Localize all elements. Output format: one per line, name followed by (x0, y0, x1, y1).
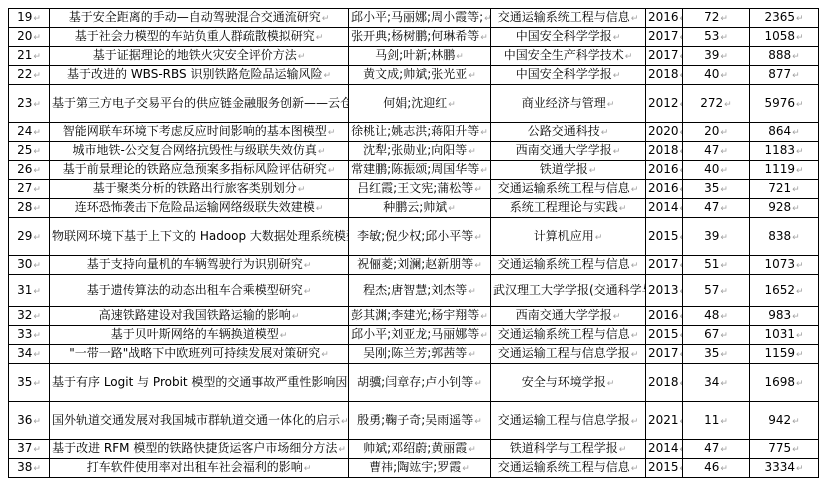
paragraph-mark-icon: ↵ (631, 417, 639, 427)
authors-cell[interactable]: 沈犁;张勋业;向阳等↵ (349, 142, 491, 161)
paragraph-mark-icon: ↵ (280, 331, 288, 341)
article-title: 基于证据理论的地铁火灾安全评价方法 (93, 48, 297, 62)
downloads-cell[interactable]: 942↵ (750, 402, 819, 440)
row-number: 29 (17, 229, 32, 243)
year-cell[interactable]: 2015↵ (646, 326, 683, 345)
row-number-cell[interactable]: 22↵ (9, 66, 50, 85)
download-count: 942 (768, 413, 791, 427)
journal-name: 安全与环境学报 (522, 375, 606, 389)
row-number-cell[interactable]: 19↵ (9, 9, 50, 28)
downloads-cell[interactable]: 1183↵ (750, 142, 819, 161)
journal-cell[interactable]: 中国安全科学学报↵ (491, 28, 646, 47)
references-count: 72 (704, 10, 719, 24)
year-cell[interactable]: 2018↵ (646, 142, 683, 161)
references-count-cell[interactable]: 53↵ (683, 28, 750, 47)
row-number-cell[interactable]: 30↵ (9, 256, 50, 275)
title-cell[interactable]: 智能网联车环境下考虑反应时间影响的基本图模型↵ (50, 123, 349, 142)
journal-cell[interactable]: 武汉理工大学学报(交通科学与工程版)↵ (491, 275, 646, 307)
title-cell[interactable]: 基于社会力模型的车站负重人群疏散模拟研究↵ (50, 28, 349, 47)
row-number-cell[interactable]: 34↵ (9, 345, 50, 364)
journal-cell[interactable]: 中国安全科学学报↵ (491, 66, 646, 85)
publication-year: 2017 (648, 29, 679, 43)
year-cell[interactable]: 2015↵ (646, 459, 683, 478)
references-count-cell[interactable]: 39↵ (683, 47, 750, 66)
journal-cell[interactable]: 铁道学报↵ (491, 161, 646, 180)
row-number-cell[interactable]: 29↵ (9, 218, 50, 256)
year-cell[interactable]: 2014↵ (646, 440, 683, 459)
paragraph-mark-icon: ↵ (796, 166, 804, 176)
publication-year: 2012 (648, 96, 679, 110)
paragraph-mark-icon: ↵ (304, 261, 312, 271)
article-title: 高速铁路建设对我国铁路运输的影响 (99, 308, 291, 322)
paragraph-mark-icon: ↵ (462, 464, 470, 474)
paragraph-mark-icon: ↵ (480, 331, 488, 341)
authors-cell[interactable]: 何娟;沈迎红↵ (349, 85, 491, 123)
downloads-cell[interactable]: 1031↵ (750, 326, 819, 345)
row-number-cell[interactable]: 27↵ (9, 180, 50, 199)
authors-cell[interactable]: 张开典;杨树鹏;何琳希等↵ (349, 28, 491, 47)
article-authors: 马剑;叶新;林鹏 (375, 48, 455, 62)
row-number-cell[interactable]: 28↵ (9, 199, 50, 218)
references-count-cell[interactable]: 57↵ (683, 275, 750, 307)
paragraph-mark-icon: ↵ (316, 204, 324, 214)
paragraph-mark-icon: ↵ (468, 71, 476, 81)
year-cell[interactable]: 2021↵ (646, 402, 683, 440)
paragraph-mark-icon: ↵ (33, 52, 41, 62)
article-authors: 邱小平;刘亚龙;马丽娜等 (351, 327, 479, 341)
article-title: 基于安全距离的手动—自动驾驶混合交通流研究 (69, 10, 321, 24)
downloads-cell[interactable]: 1159↵ (750, 345, 819, 364)
authors-cell[interactable]: 邱小平;刘亚龙;马丽娜等↵ (349, 326, 491, 345)
authors-cell[interactable]: 殷勇;鞠子奇;吴雨遥等↵ (349, 402, 491, 440)
year-cell[interactable]: 2017↵ (646, 47, 683, 66)
paragraph-mark-icon: ↵ (720, 417, 728, 427)
journal-cell[interactable]: 交通运输系统工程与信息↵ (491, 180, 646, 199)
year-cell[interactable]: 2017↵ (646, 256, 683, 275)
publication-year: 2018 (648, 67, 679, 81)
row-number: 26 (17, 162, 32, 176)
table-row: 26↵ 基于前景理论的铁路应急预案多指标风险评估研究↵ 常建鹏;陈振颂;周国华等… (9, 161, 819, 180)
downloads-cell[interactable]: 1698↵ (750, 364, 819, 402)
journal-cell[interactable]: 公路交通科技↵ (491, 123, 646, 142)
year-cell[interactable]: 2018↵ (646, 66, 683, 85)
title-cell[interactable]: 基于安全距离的手动—自动驾驶混合交通流研究↵ (50, 9, 349, 28)
table-row: 34↵ "一带一路"战略下中欧班列可持续发展对策研究↵ 吴刚;陈兰芳;郭茜等↵ … (9, 345, 819, 364)
paragraph-mark-icon: ↵ (298, 52, 306, 62)
references-count-cell[interactable]: 47↵ (683, 199, 750, 218)
row-number-cell[interactable]: 35↵ (9, 364, 50, 402)
downloads-cell[interactable]: 838↵ (750, 218, 819, 256)
title-cell[interactable]: "一带一路"战略下中欧班列可持续发展对策研究↵ (50, 345, 349, 364)
title-cell[interactable]: 基于支持向量机的车辆驾驶行为识别研究↵ (50, 256, 349, 275)
paragraph-mark-icon: ↵ (613, 147, 621, 157)
publication-year: 2016 (648, 181, 679, 195)
journal-name: 交通运输系统工程与信息 (498, 460, 630, 474)
authors-cell[interactable]: 黄文成;帅斌;张光亚↵ (349, 66, 491, 85)
paragraph-mark-icon: ↵ (720, 233, 728, 243)
article-authors: 殷勇;鞠子奇;吴雨遥等 (357, 413, 473, 427)
references-count: 67 (704, 327, 719, 341)
title-cell[interactable]: 基于第三方电子交易平台的供应链金融服务创新——云仓及其运作模式初探↵ (50, 85, 349, 123)
journal-cell[interactable]: 交通运输系统工程与信息↵ (491, 256, 646, 275)
paragraph-mark-icon: ↵ (474, 233, 482, 243)
journal-name: 西南交通大学学报 (516, 143, 612, 157)
row-number: 19 (17, 10, 32, 24)
paragraph-mark-icon: ↵ (720, 52, 728, 62)
paragraph-mark-icon: ↵ (480, 166, 488, 176)
article-authors: 种鹏云;帅斌 (383, 200, 447, 214)
article-title: 基于改进 RFM 模型的铁路快捷货运客户市场细分方法 (52, 441, 337, 455)
authors-cell[interactable]: 彭其渊;李建光;杨宇翔等↵ (349, 307, 491, 326)
paragraph-mark-icon: ↵ (792, 71, 800, 81)
journal-cell[interactable]: 铁道科学与工程学报↵ (491, 440, 646, 459)
paragraph-mark-icon: ↵ (468, 147, 476, 157)
downloads-cell[interactable]: 983↵ (750, 307, 819, 326)
paragraph-mark-icon: ↵ (720, 331, 728, 341)
journal-name: 铁道科学与工程学报 (510, 441, 618, 455)
table-row: 23↵ 基于第三方电子交易平台的供应链金融服务创新——云仓及其运作模式初探↵ 何… (9, 85, 819, 123)
row-number-cell[interactable]: 25↵ (9, 142, 50, 161)
year-cell[interactable]: 2015↵ (646, 218, 683, 256)
title-cell[interactable]: 国外轨道交通发展对我国城市群轨道交通一体化的启示↵ (50, 402, 349, 440)
paragraph-mark-icon: ↵ (792, 233, 800, 243)
row-number-cell[interactable]: 23↵ (9, 85, 50, 123)
downloads-cell[interactable]: 1058↵ (750, 28, 819, 47)
table-row: 28↵ 连环恐怖袭击下危险品运输网络级联失效建模↵ 种鹏云;帅斌↵ 系统工程理论… (9, 199, 819, 218)
journal-cell[interactable]: 计算机应用↵ (491, 218, 646, 256)
downloads-cell[interactable]: 1119↵ (750, 161, 819, 180)
paragraph-mark-icon: ↵ (625, 52, 633, 62)
year-cell[interactable]: 2016↵ (646, 9, 683, 28)
journal-cell[interactable]: 交通运输工程与信息学报↵ (491, 402, 646, 440)
journal-cell[interactable]: 交通运输系统工程与信息↵ (491, 326, 646, 345)
journal-cell[interactable]: 系统工程理论与实践↵ (491, 199, 646, 218)
title-cell[interactable]: 基于改进 RFM 模型的铁路快捷货运客户市场细分方法↵ (50, 440, 349, 459)
downloads-cell[interactable]: 877↵ (750, 66, 819, 85)
authors-cell[interactable]: 胡骥;闫章存;卢小钊等↵ (349, 364, 491, 402)
references-count-cell[interactable]: 35↵ (683, 345, 750, 364)
paragraph-mark-icon: ↵ (720, 33, 728, 43)
paragraph-mark-icon: ↵ (33, 350, 41, 360)
row-number-cell[interactable]: 21↵ (9, 47, 50, 66)
authors-cell[interactable]: 曹祎;陶竑宇;罗霞↵ (349, 459, 491, 478)
paragraph-mark-icon: ↵ (631, 464, 639, 474)
article-authors: 帅斌;邓绍蔚;黄丽霞 (363, 441, 467, 455)
row-number-cell[interactable]: 26↵ (9, 161, 50, 180)
paragraph-mark-icon: ↵ (720, 128, 728, 138)
year-cell[interactable]: 2018↵ (646, 364, 683, 402)
paragraph-mark-icon: ↵ (619, 204, 627, 214)
paragraph-mark-icon: ↵ (720, 287, 728, 297)
row-number: 30 (17, 257, 32, 271)
year-cell[interactable]: 2020↵ (646, 123, 683, 142)
title-cell[interactable]: 高速铁路建设对我国铁路运输的影响↵ (50, 307, 349, 326)
download-count: 721 (768, 181, 791, 195)
references-count: 40 (704, 162, 719, 176)
article-title: 基于改进的 WBS-RBS 识别铁路危险品运输风险 (67, 67, 322, 81)
paragraph-mark-icon: ↵ (720, 147, 728, 157)
references-count: 47 (704, 200, 719, 214)
row-number: 21 (17, 48, 32, 62)
title-cell[interactable]: 基于证据理论的地铁火灾安全评价方法↵ (50, 47, 349, 66)
row-number: 35 (17, 375, 32, 389)
journal-cell[interactable]: 交通运输工程与信息学报↵ (491, 345, 646, 364)
paragraph-mark-icon: ↵ (792, 128, 800, 138)
download-count: 1119 (764, 162, 795, 176)
row-number-cell[interactable]: 31↵ (9, 275, 50, 307)
paragraph-mark-icon: ↵ (318, 147, 326, 157)
table-row: 36↵ 国外轨道交通发展对我国城市群轨道交通一体化的启示↵ 殷勇;鞠子奇;吴雨遥… (9, 402, 819, 440)
paragraph-mark-icon: ↵ (328, 166, 336, 176)
title-cell[interactable]: 基于贝叶斯网络的车辆换道模型↵ (50, 326, 349, 345)
paragraph-mark-icon: ↵ (720, 445, 728, 455)
title-cell[interactable]: 打车软件使用率对出租车社会福利的影响↵ (50, 459, 349, 478)
paragraph-mark-icon: ↵ (448, 100, 456, 110)
article-title: 打车软件使用率对出租车社会福利的影响 (87, 460, 303, 474)
references-count-cell[interactable]: 11↵ (683, 402, 750, 440)
references-count-cell[interactable]: 48↵ (683, 307, 750, 326)
authors-cell[interactable]: 马剑;叶新;林鹏↵ (349, 47, 491, 66)
row-number-cell[interactable]: 20↵ (9, 28, 50, 47)
table-row: 38↵ 打车软件使用率对出租车社会福利的影响↵ 曹祎;陶竑宇;罗霞↵ 交通运输系… (9, 459, 819, 478)
row-number: 25 (17, 143, 32, 157)
download-count: 775 (768, 441, 791, 455)
download-count: 1058 (764, 29, 795, 43)
references-count-cell[interactable]: 46↵ (683, 459, 750, 478)
paragraph-mark-icon: ↵ (631, 261, 639, 271)
year-cell[interactable]: 2016↵ (646, 161, 683, 180)
paragraph-mark-icon: ↵ (589, 166, 597, 176)
paragraph-mark-icon: ↵ (33, 204, 41, 214)
references-count-cell[interactable]: 39↵ (683, 218, 750, 256)
journal-cell[interactable]: 商业经济与管理↵ (491, 85, 646, 123)
journal-cell[interactable]: 交通运输系统工程与信息↵ (491, 459, 646, 478)
authors-cell[interactable]: 常建鹏;陈振颂;周国华等↵ (349, 161, 491, 180)
title-cell[interactable]: 城市地铁-公交复合网络抗毁性与级联失效仿真↵ (50, 142, 349, 161)
publication-year: 2016 (648, 162, 679, 176)
references-count-cell[interactable]: 35↵ (683, 180, 750, 199)
references-count-cell[interactable]: 47↵ (683, 440, 750, 459)
paragraph-mark-icon: ↵ (474, 185, 482, 195)
authors-cell[interactable]: 李敏;倪少权;邱小平等↵ (349, 218, 491, 256)
paragraph-mark-icon: ↵ (33, 331, 41, 341)
article-title: 基于第三方电子交易平台的供应链金融服务创新——云仓及其运作模式初探 (52, 96, 349, 110)
references-count-cell[interactable]: 34↵ (683, 364, 750, 402)
references-count: 51 (704, 257, 719, 271)
authors-cell[interactable]: 祝俪菱;刘澜;赵新朋等↵ (349, 256, 491, 275)
paragraph-mark-icon: ↵ (484, 14, 490, 24)
references-count: 39 (704, 229, 719, 243)
paragraph-mark-icon: ↵ (474, 261, 482, 271)
paragraph-mark-icon: ↵ (607, 379, 615, 389)
paragraph-mark-icon: ↵ (796, 379, 804, 389)
download-count: 1698 (764, 375, 795, 389)
article-title: 基于有序 Logit 与 Probit 模型的交通事故严重性影响因素分析 (52, 375, 349, 389)
references-count: 39 (704, 48, 719, 62)
table-row: 25↵ 城市地铁-公交复合网络抗毁性与级联失效仿真↵ 沈犁;张勋业;向阳等↵ 西… (9, 142, 819, 161)
references-table: 19↵ 基于安全距离的手动—自动驾驶混合交通流研究↵ 邱小平;马丽娜;周小霞等;… (8, 8, 819, 478)
references-count: 47 (704, 143, 719, 157)
row-number: 20 (17, 29, 32, 43)
journal-cell[interactable]: 安全与环境学报↵ (491, 364, 646, 402)
title-cell[interactable]: 连环恐怖袭击下危险品运输网络级联失效建模↵ (50, 199, 349, 218)
references-count: 35 (704, 346, 719, 360)
row-number-cell[interactable]: 32↵ (9, 307, 50, 326)
table-row: 35↵ 基于有序 Logit 与 Probit 模型的交通事故严重性影响因素分析… (9, 364, 819, 402)
table-row: 37↵ 基于改进 RFM 模型的铁路快捷货运客户市场细分方法↵ 帅斌;邓绍蔚;黄… (9, 440, 819, 459)
year-cell[interactable]: 2016↵ (646, 307, 683, 326)
row-number-cell[interactable]: 37↵ (9, 440, 50, 459)
title-cell[interactable]: 物联网环境下基于上下文的 Hadoop 大数据处理系统模型↵ (50, 218, 349, 256)
paragraph-mark-icon: ↵ (724, 100, 732, 110)
table-row: 21↵ 基于证据理论的地铁火灾安全评价方法↵ 马剑;叶新;林鹏↵ 中国安全生产科… (9, 47, 819, 66)
references-count: 47 (704, 441, 719, 455)
paragraph-mark-icon: ↵ (796, 350, 804, 360)
paragraph-mark-icon: ↵ (33, 128, 41, 138)
article-title: 城市地铁-公交复合网络抗毁性与级联失效仿真 (73, 143, 317, 157)
year-cell[interactable]: 2017↵ (646, 345, 683, 364)
table-row: 27↵ 基于聚类分析的铁路出行旅客类别划分↵ 吕红霞;王文宪;蒲松等↵ 交通运输… (9, 180, 819, 199)
journal-name: 中国安全生产科学技术 (504, 48, 624, 62)
download-count: 983 (768, 308, 791, 322)
paragraph-mark-icon: ↵ (33, 312, 41, 322)
article-title: 物联网环境下基于上下文的 Hadoop 大数据处理系统模型 (52, 229, 349, 243)
authors-cell[interactable]: 徐桃让;姚志洪;蒋阳升等↵ (349, 123, 491, 142)
paragraph-mark-icon: ↵ (792, 52, 800, 62)
article-authors: 徐桃让;姚志洪;蒋阳升等 (351, 124, 479, 138)
downloads-cell[interactable]: 1652↵ (750, 275, 819, 307)
journal-cell[interactable]: 交通运输系统工程与信息↵ (491, 9, 646, 28)
paragraph-mark-icon: ↵ (304, 287, 312, 297)
authors-cell[interactable]: 邱小平;马丽娜;周小霞等;↵ (349, 9, 491, 28)
paragraph-mark-icon: ↵ (474, 379, 482, 389)
paragraph-mark-icon: ↵ (613, 312, 621, 322)
publication-year: 2016 (648, 10, 679, 24)
publication-year: 2018 (648, 375, 679, 389)
references-count-cell[interactable]: 272↵ (683, 85, 750, 123)
paragraph-mark-icon: ↵ (304, 464, 312, 474)
paragraph-mark-icon: ↵ (613, 71, 621, 81)
title-cell[interactable]: 基于聚类分析的铁路出行旅客类别划分↵ (50, 180, 349, 199)
references-count-cell[interactable]: 40↵ (683, 161, 750, 180)
downloads-cell[interactable]: 864↵ (750, 123, 819, 142)
references-count: 11 (704, 413, 719, 427)
paragraph-mark-icon: ↵ (796, 287, 804, 297)
download-count: 864 (768, 124, 791, 138)
article-authors: 李敏;倪少权;邱小平等 (357, 229, 473, 243)
paragraph-mark-icon: ↵ (796, 261, 804, 271)
paragraph-mark-icon: ↵ (33, 233, 41, 243)
paragraph-mark-icon: ↵ (796, 464, 804, 474)
references-count-cell[interactable]: 40↵ (683, 66, 750, 85)
references-count-cell[interactable]: 51↵ (683, 256, 750, 275)
article-title: 连环恐怖袭击下危险品运输网络级联失效建模 (75, 200, 315, 214)
references-count: 48 (704, 308, 719, 322)
downloads-cell[interactable]: 2365↵ (750, 9, 819, 28)
publication-year: 2013 (648, 283, 679, 297)
journal-cell[interactable]: 中国安全生产科学技术↵ (491, 47, 646, 66)
download-count: 877 (768, 67, 791, 81)
paragraph-mark-icon: ↵ (631, 331, 639, 341)
row-number-cell[interactable]: 38↵ (9, 459, 50, 478)
downloads-cell[interactable]: 721↵ (750, 180, 819, 199)
paragraph-mark-icon: ↵ (720, 312, 728, 322)
year-cell[interactable]: 2014↵ (646, 199, 683, 218)
paragraph-mark-icon: ↵ (720, 14, 728, 24)
row-number-cell[interactable]: 24↵ (9, 123, 50, 142)
title-cell[interactable]: 基于改进的 WBS-RBS 识别铁路危险品运输风险↵ (50, 66, 349, 85)
paragraph-mark-icon: ↵ (33, 100, 41, 110)
downloads-cell[interactable]: 888↵ (750, 47, 819, 66)
references-count-cell[interactable]: 67↵ (683, 326, 750, 345)
row-number: 34 (17, 346, 32, 360)
title-cell[interactable]: 基于遗传算法的动态出租车合乘模型研究↵ (50, 275, 349, 307)
journal-name: 武汉理工大学学报(交通科学与工程版) (493, 283, 646, 297)
paragraph-mark-icon: ↵ (448, 204, 456, 214)
authors-cell[interactable]: 种鹏云;帅斌↵ (349, 199, 491, 218)
table-row: 22↵ 基于改进的 WBS-RBS 识别铁路危险品运输风险↵ 黄文成;帅斌;张光… (9, 66, 819, 85)
downloads-cell[interactable]: 775↵ (750, 440, 819, 459)
row-number-cell[interactable]: 33↵ (9, 326, 50, 345)
table-row: 30↵ 基于支持向量机的车辆驾驶行为识别研究↵ 祝俪菱;刘澜;赵新朋等↵ 交通运… (9, 256, 819, 275)
paragraph-mark-icon: ↵ (613, 33, 621, 43)
row-number-cell[interactable]: 36↵ (9, 402, 50, 440)
row-number: 28 (17, 200, 32, 214)
article-authors: 张开典;杨树鹏;何琳希等 (351, 29, 479, 43)
row-number: 23 (17, 96, 32, 110)
journal-name: 交通运输工程与信息学报 (498, 413, 630, 427)
authors-cell[interactable]: 程杰;唐智慧;刘杰等↵ (349, 275, 491, 307)
authors-cell[interactable]: 吕红霞;王文宪;蒲松等↵ (349, 180, 491, 199)
download-count: 888 (768, 48, 791, 62)
journal-name: 公路交通科技 (528, 124, 600, 138)
journal-cell[interactable]: 西南交通大学学报↵ (491, 307, 646, 326)
paragraph-mark-icon: ↵ (792, 445, 800, 455)
references-count-cell[interactable]: 47↵ (683, 142, 750, 161)
year-cell[interactable]: 2017↵ (646, 28, 683, 47)
article-title: 基于社会力模型的车站负重人群疏散模拟研究 (75, 29, 315, 43)
downloads-cell[interactable]: 5976↵ (750, 85, 819, 123)
title-cell[interactable]: 基于前景理论的铁路应急预案多指标风险评估研究↵ (50, 161, 349, 180)
journal-name: 系统工程理论与实践 (510, 200, 618, 214)
article-title: 基于支持向量机的车辆驾驶行为识别研究 (87, 257, 303, 271)
journal-name: 交通运输工程与信息学报 (498, 346, 630, 360)
publication-year: 2017 (648, 48, 679, 62)
year-cell[interactable]: 2016↵ (646, 180, 683, 199)
title-cell[interactable]: 基于有序 Logit 与 Probit 模型的交通事故严重性影响因素分析↵ (50, 364, 349, 402)
paragraph-mark-icon: ↵ (796, 147, 804, 157)
references-count-cell[interactable]: 72↵ (683, 9, 750, 28)
downloads-cell[interactable]: 1073↵ (750, 256, 819, 275)
publication-year: 2017 (648, 257, 679, 271)
article-authors: 吴刚;陈兰芳;郭茜等 (363, 346, 467, 360)
article-title: 基于聚类分析的铁路出行旅客类别划分 (93, 181, 297, 195)
year-cell[interactable]: 2013↵ (646, 275, 683, 307)
paragraph-mark-icon: ↵ (468, 287, 476, 297)
authors-cell[interactable]: 吴刚;陈兰芳;郭茜等↵ (349, 345, 491, 364)
paragraph-mark-icon: ↵ (33, 14, 41, 24)
journal-cell[interactable]: 西南交通大学学报↵ (491, 142, 646, 161)
paragraph-mark-icon: ↵ (631, 14, 639, 24)
downloads-cell[interactable]: 3334↵ (750, 459, 819, 478)
article-title: "一带一路"战略下中欧班列可持续发展对策研究 (69, 346, 320, 360)
downloads-cell[interactable]: 928↵ (750, 199, 819, 218)
paragraph-mark-icon: ↵ (792, 312, 800, 322)
paragraph-mark-icon: ↵ (33, 147, 41, 157)
references-count-cell[interactable]: 20↵ (683, 123, 750, 142)
authors-cell[interactable]: 帅斌;邓绍蔚;黄丽霞↵ (349, 440, 491, 459)
year-cell[interactable]: 2012↵ (646, 85, 683, 123)
